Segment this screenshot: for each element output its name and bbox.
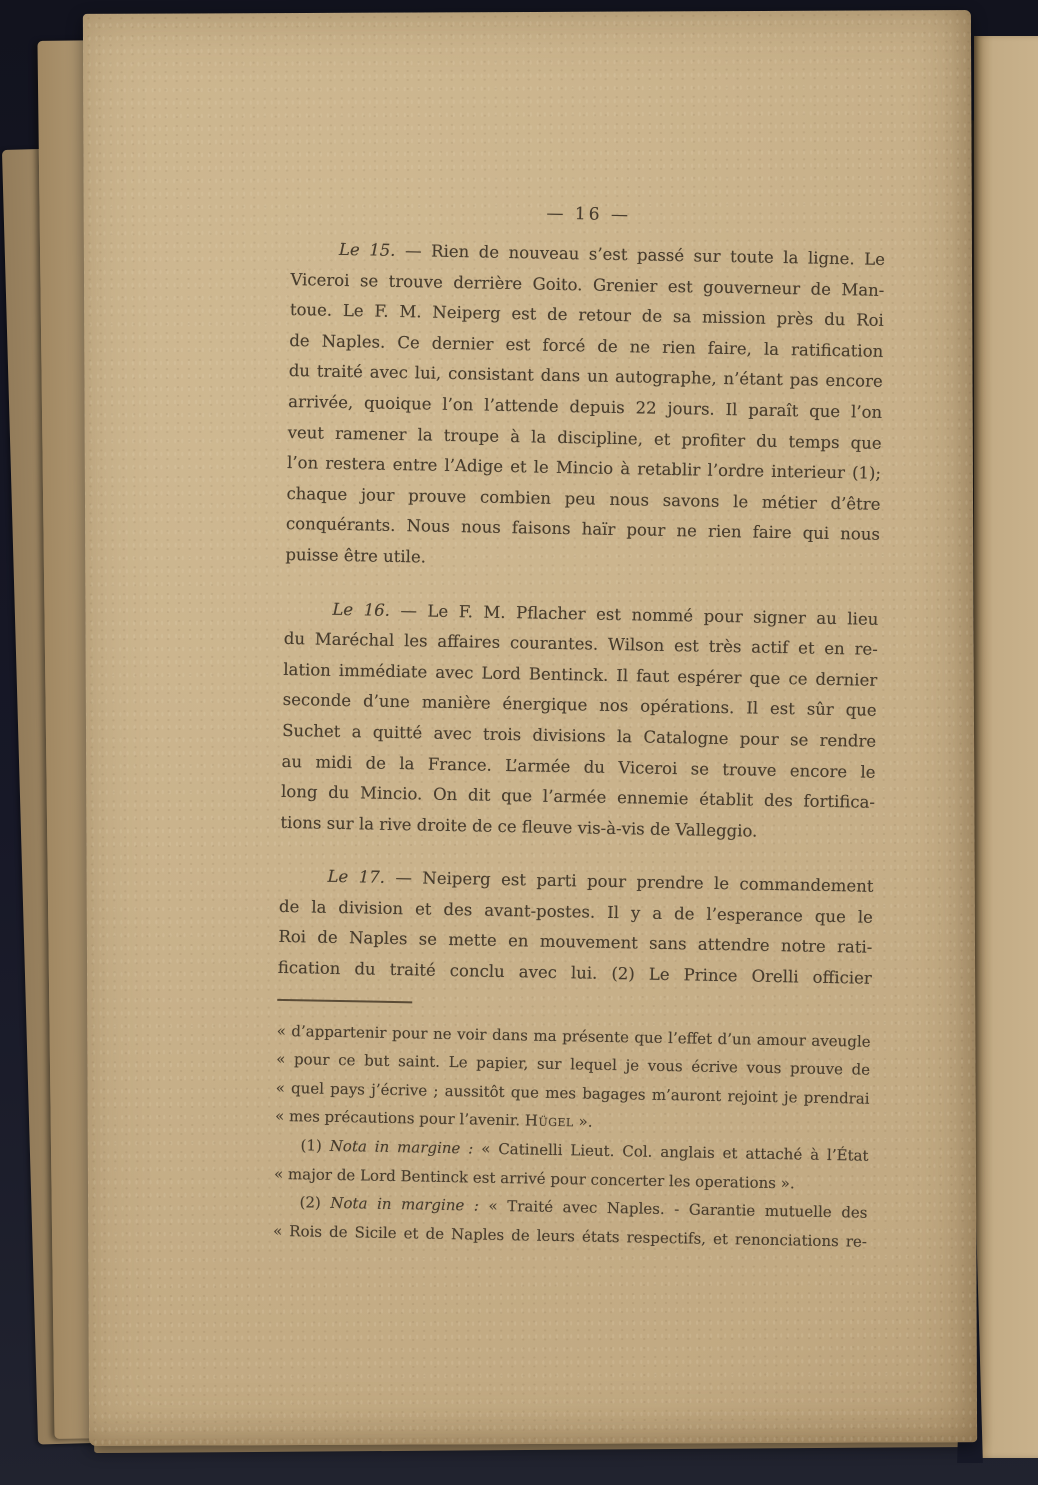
paragraph-le-17: Le 17. — Neiperg est parti pour prendre … <box>278 861 874 994</box>
next-page-edge <box>974 36 1038 1458</box>
date-lead: Le 15. <box>339 240 396 260</box>
signature-hugel: Hügel <box>525 1112 574 1131</box>
nota-in-margine-label: Nota in margine : <box>330 1194 488 1215</box>
footnotes: « d’appartenir pour ne voir dans ma prés… <box>273 1017 871 1257</box>
footnote-number: (2) <box>299 1194 330 1213</box>
page-text-block: — 16 — Le 15. — Rien de nouveau s’est pa… <box>273 196 886 1256</box>
paragraph-le-16: Le 16. — Le F. M. Pflacher est nommé pou… <box>280 593 878 849</box>
paragraph-le-15: Le 15. — Rien de nouveau s’est passé sur… <box>285 234 885 581</box>
nota-in-margine-label: Nota in margine : <box>330 1137 482 1158</box>
footnote-separator <box>277 999 412 1003</box>
date-lead: Le 17. <box>327 867 385 887</box>
footnote-number: (1) <box>300 1136 329 1155</box>
date-lead: Le 16. <box>332 599 390 619</box>
book-photo-background: — 16 — Le 15. — Rien de nouveau s’est pa… <box>0 0 1038 1485</box>
